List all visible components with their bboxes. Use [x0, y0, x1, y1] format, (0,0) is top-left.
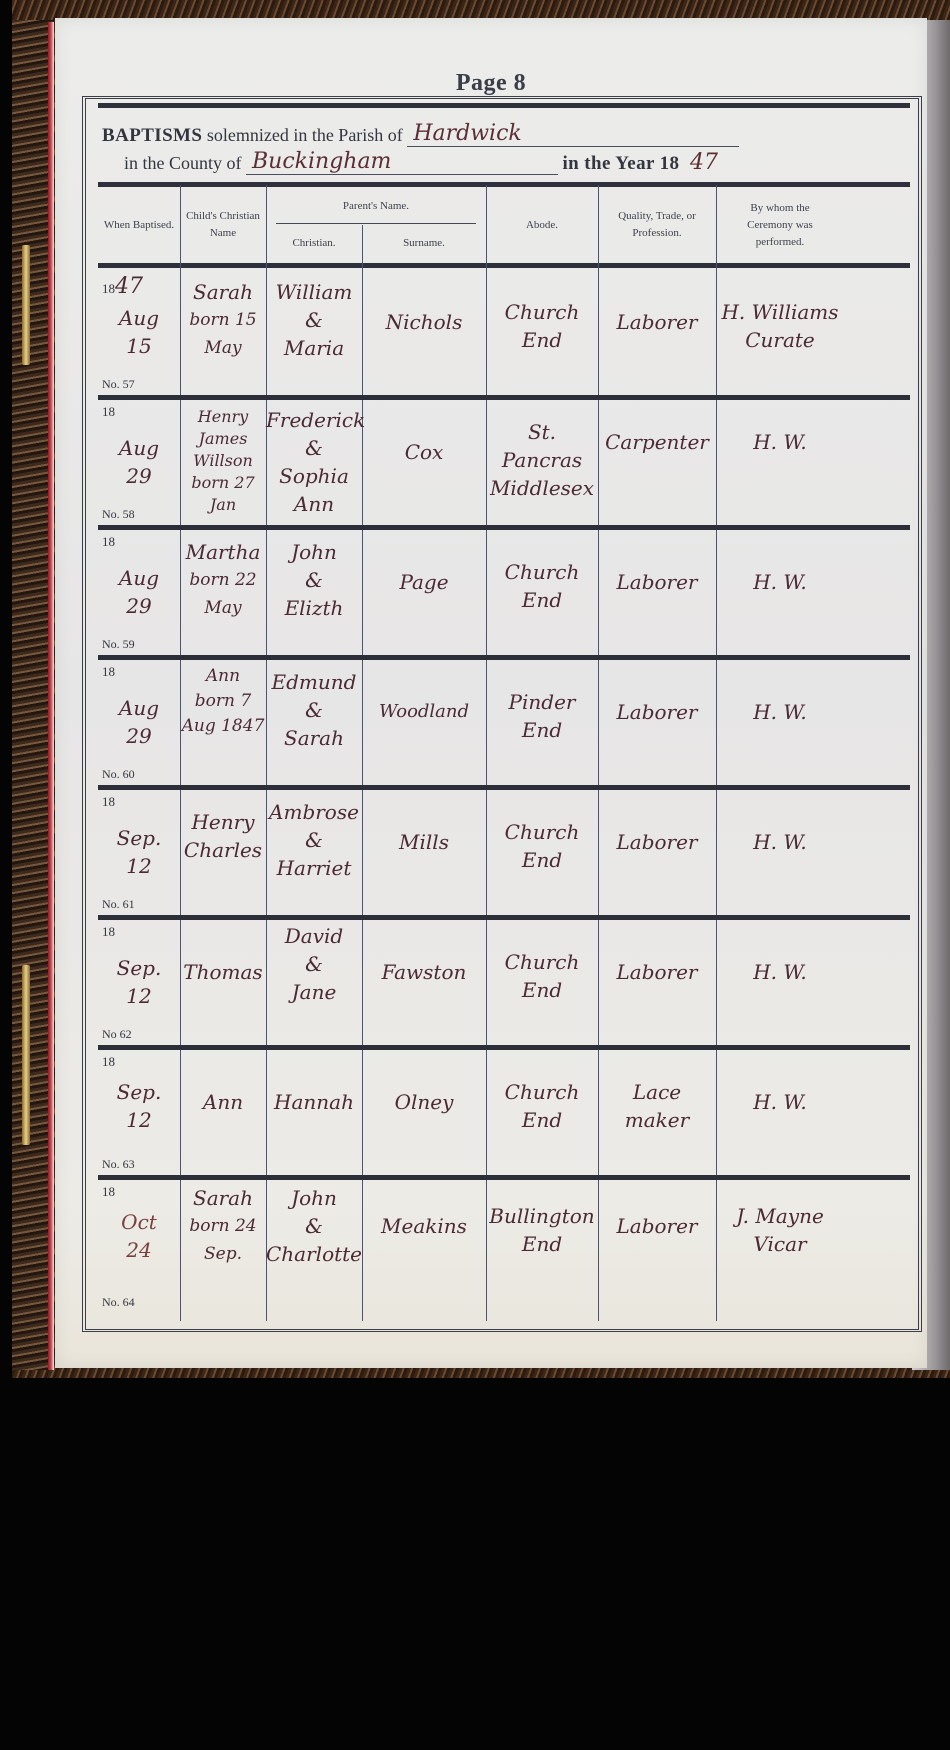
entry-number: No 62 [102, 1027, 132, 1042]
year-label: in the Year 18 [563, 153, 680, 174]
child-name: Thomas [180, 958, 266, 986]
entry-year: 1847 [102, 274, 143, 299]
entry-date: Aug29 [98, 694, 180, 750]
parent-surname: Olney [362, 1088, 486, 1116]
parent-christian: William&Maria [266, 278, 362, 362]
abode: Church End [486, 948, 598, 1004]
entry-date: Aug29 [98, 434, 180, 490]
entry-number: No. 57 [102, 377, 135, 392]
abode: Church End [486, 1078, 598, 1134]
entry-row-61: 18 Sep.12 No. 61 Henry Charles Ambrose&H… [98, 788, 910, 918]
officiant: H. W. [716, 698, 844, 726]
trade: Laborer [598, 1212, 716, 1240]
entry-row-59: 18 Aug29 No. 59 Marthaborn 22 May John&E… [98, 528, 910, 658]
trade: Laborer [598, 698, 716, 726]
entry-row-58: 18 Aug29 No. 58 Henry James Willsonborn … [98, 398, 910, 528]
child-name: Henry James Willsonborn 27 Jan [180, 406, 266, 516]
register-frame: BAPTISMS solemnized in the Parish of Har… [82, 96, 922, 1332]
parent-christian: Ambrose&Harriet [266, 798, 362, 882]
abode: Pinder End [486, 688, 598, 744]
trade: Laborer [598, 958, 716, 986]
entry-date: Sep.12 [98, 954, 180, 1010]
county-field: Buckingham [246, 149, 558, 175]
child-name: Sarahborn 15 May [180, 278, 266, 362]
col-parents-name: Parent's Name. [266, 189, 486, 223]
child-name: Sarahborn 24 Sep. [180, 1184, 266, 1268]
header-text-2: in the County of [124, 153, 242, 173]
abode: Church End [486, 558, 598, 614]
parent-surname: Page [362, 568, 486, 596]
parish-field: Hardwick [407, 121, 739, 147]
trade: Laborer [598, 308, 716, 336]
parent-christian: John&Charlotte [266, 1184, 362, 1268]
header-rule [98, 182, 910, 187]
entry-year: 18 [102, 404, 115, 420]
officiant: H. W. [716, 568, 844, 596]
trade: Carpenter [598, 428, 716, 456]
parents-subrule [276, 223, 476, 224]
officiant: J. MayneVicar [716, 1202, 844, 1258]
entry-year: 18 [102, 794, 115, 810]
parent-christian: John&Elizth [266, 538, 362, 622]
trade: Lace maker [598, 1078, 716, 1134]
entry-row-64: 18 Oct24 No. 64 Sarahborn 24 Sep. John&C… [98, 1178, 910, 1316]
officiant: H. W. [716, 828, 844, 856]
header-line-1: BAPTISMS solemnized in the Parish of Har… [102, 121, 739, 147]
parent-christian: Edmund&Sarah [266, 668, 362, 752]
top-rule [98, 103, 910, 108]
parent-surname: Cox [362, 438, 486, 466]
col-performed-by: By whom the Ceremony was performed. [716, 189, 844, 261]
officiant: H. W. [716, 428, 844, 456]
entry-number: No. 61 [102, 897, 135, 912]
page-edge [48, 22, 54, 1370]
entry-number: No. 58 [102, 507, 135, 522]
officiant: H. WilliamsCurate [716, 298, 844, 354]
child-name: Marthaborn 22 May [180, 538, 266, 622]
col-quality: Quality, Trade, or Profession. [598, 189, 716, 261]
parent-christian: David&Jane [266, 922, 362, 1006]
entry-date: Sep.12 [98, 824, 180, 880]
abode: St. Pancras Middlesex [486, 418, 598, 502]
trade: Laborer [598, 568, 716, 596]
entry-row-60: 18 Aug29 No. 60 Annborn 7 Aug 1847 Edmun… [98, 658, 910, 788]
entry-row-62: 18 Sep.12 No 62 Thomas David&Jane Fawsto… [98, 918, 910, 1048]
col-abode: Abode. [486, 189, 598, 261]
col-childs-name: Child's Christian Name [180, 189, 266, 261]
col-parent-christian: Christian. [266, 225, 362, 261]
col-when-baptised: When Baptised. [98, 189, 180, 261]
register-page: Page 8 BAPTISMS solemnized in the Parish… [55, 18, 927, 1368]
abode: Church End [486, 298, 598, 354]
parent-surname: Fawston [362, 958, 486, 986]
child-name: Annborn 7 Aug 1847 [180, 664, 266, 739]
entry-number: No. 60 [102, 767, 135, 782]
year-field: 47 [684, 150, 724, 175]
trade: Laborer [598, 828, 716, 856]
parent-surname: Nichols [362, 308, 486, 336]
entry-row-57: 1847 Aug15 No. 57 Sarahborn 15 May Willi… [98, 268, 910, 398]
header-line-2: in the County of Buckingham in the Year … [124, 149, 724, 175]
col-parent-surname: Surname. [362, 225, 486, 261]
parent-christian: Frederick&Sophia Ann [266, 406, 362, 518]
entry-year: 18 [102, 534, 115, 550]
parent-christian: Hannah [266, 1088, 362, 1116]
entry-date: Sep.12 [98, 1078, 180, 1134]
entry-year: 18 [102, 664, 115, 680]
entry-date: Aug15 [98, 304, 180, 360]
entry-number: No. 64 [102, 1295, 135, 1310]
entry-year: 18 [102, 1054, 115, 1070]
officiant: H. W. [716, 958, 844, 986]
hinge-top [22, 245, 30, 365]
hinge-bottom [22, 965, 30, 1145]
entry-date: Aug29 [98, 564, 180, 620]
header-text-1: solemnized in the Parish of [207, 125, 403, 145]
entry-year: 18 [102, 924, 115, 940]
parent-surname: Meakins [362, 1212, 486, 1240]
parent-surname: Mills [362, 828, 486, 856]
entry-number: No. 59 [102, 637, 135, 652]
entry-year: 18 [102, 1184, 115, 1200]
page-title: Page 8 [55, 70, 927, 97]
entry-number: No. 63 [102, 1157, 135, 1172]
background-bottom [0, 1378, 950, 1750]
parent-surname: Woodland [362, 698, 486, 726]
baptisms-heading: BAPTISMS [102, 125, 202, 146]
child-name: Ann [180, 1088, 266, 1116]
entry-date: Oct24 [98, 1208, 180, 1264]
child-name: Henry Charles [180, 808, 266, 864]
abode: Bullington End [486, 1202, 598, 1258]
entry-row-63: 18 Sep.12 No. 63 Ann Hannah Olney Church… [98, 1048, 910, 1178]
officiant: H. W. [716, 1088, 844, 1116]
abode: Church End [486, 818, 598, 874]
